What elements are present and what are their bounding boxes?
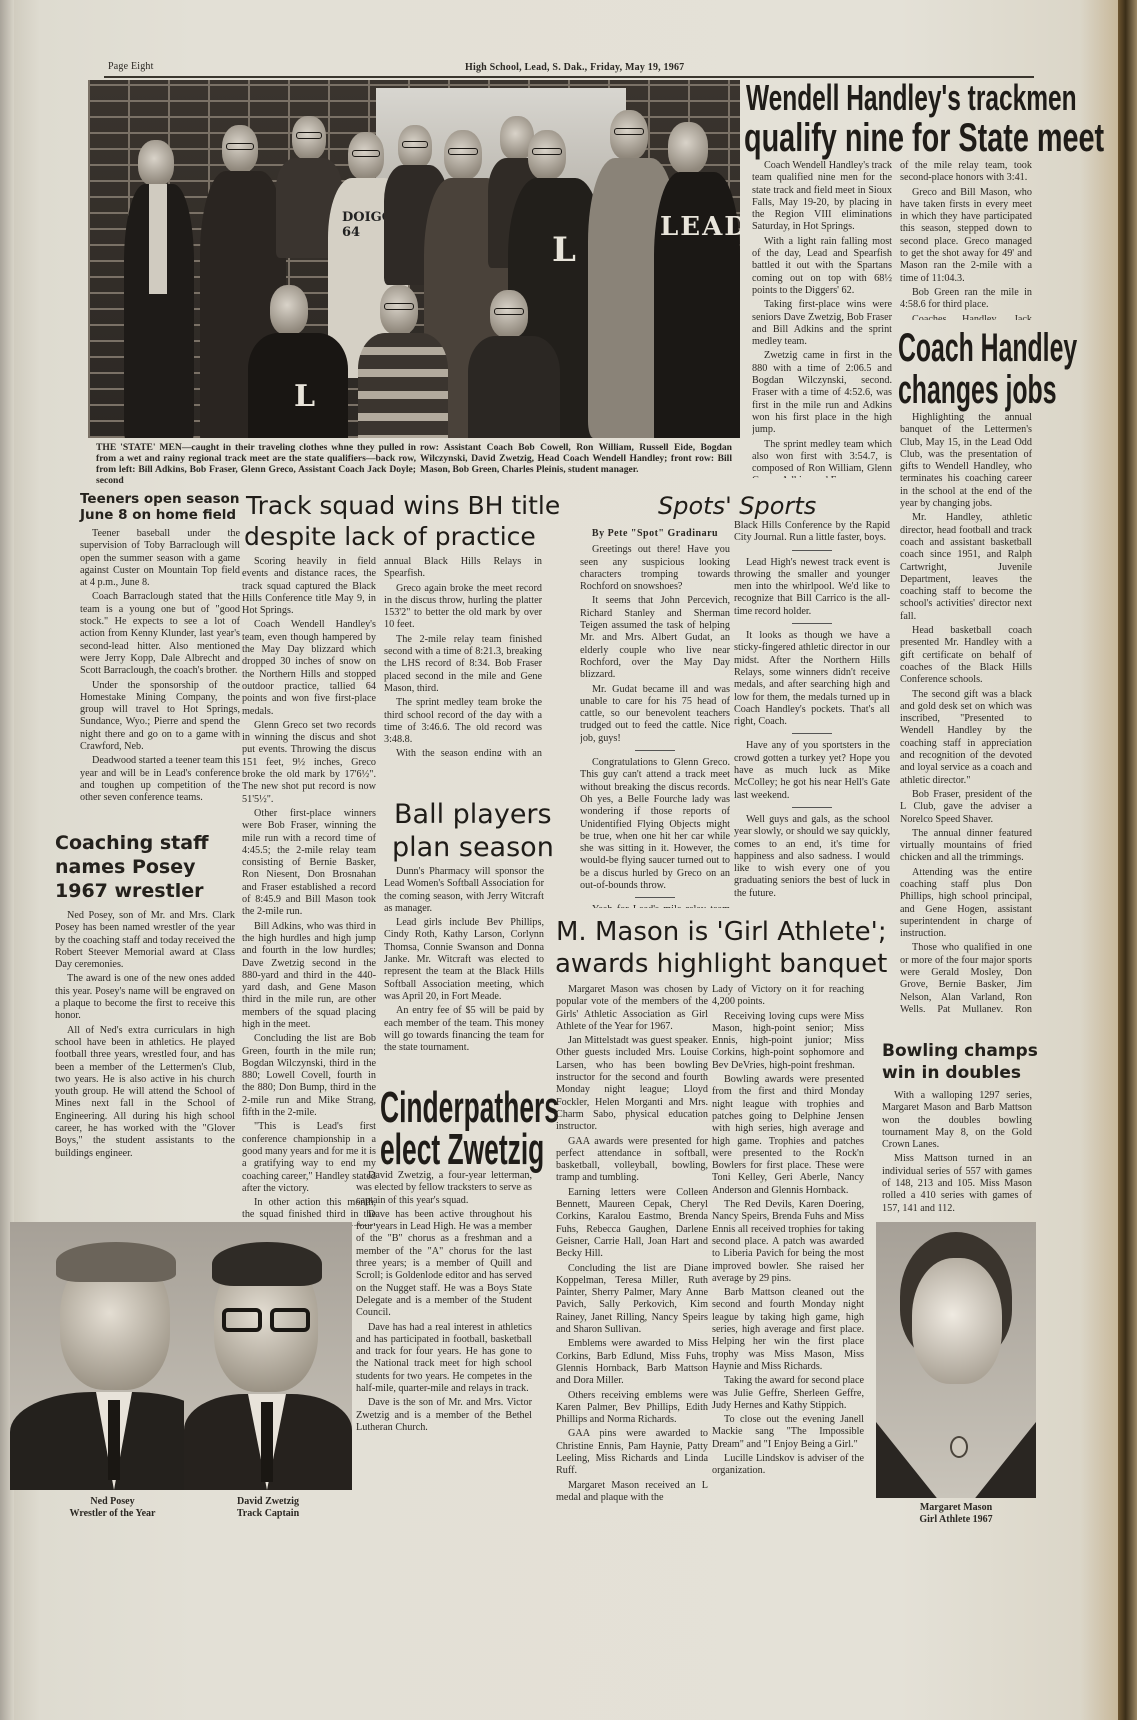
article-handley-col1: Coach Wendell Handley's track team quali… [752, 160, 892, 478]
portrait-david-zwetzig [184, 1222, 352, 1490]
headline-cinderpathers-line1: Cinderpathers [380, 1086, 572, 1130]
headline-track-line1: Track squad wins BH title [246, 492, 560, 519]
headline-handley-line1: Wendell Handley's trackmen [746, 80, 1072, 116]
article-track-col1: Scoring heavily in field events and dist… [242, 556, 376, 1226]
lead-jacket-text: LEAD [660, 212, 740, 242]
section-divider [792, 623, 832, 624]
article-handley-col2: of the mile relay team, took second-plac… [900, 160, 1032, 320]
article-spots-col1: By Pete "Spot" Gradinaru Greetings out t… [580, 528, 730, 908]
headline-bowling-line1: Bowling champs [882, 1042, 1038, 1061]
headline-posey-line3: 1967 wrestler [55, 881, 203, 902]
article-ball-players: Dunn's Pharmacy will sponsor the Lead Wo… [384, 866, 544, 1076]
article-bowling: With a walloping 1297 series, Margaret M… [882, 1090, 1032, 1220]
headline-mason-line2: awards highlight banquet [555, 950, 887, 978]
portrait-caption-mason: Margaret Mason Girl Athlete 1967 [876, 1502, 1036, 1526]
headline-track-line2: despite lack of practice [244, 523, 536, 550]
headline-cinderpathers-line2: elect Zwetzig [380, 1128, 572, 1172]
headline-bowling-line2: win in doubles [882, 1064, 1021, 1083]
headline-ball-line2: plan season [392, 833, 554, 862]
portrait-margaret-mason [876, 1222, 1036, 1498]
article-track-col2: annual Black Hills Relays in Spearfish. … [384, 556, 542, 756]
team-photo-caption-left: THE 'STATE' MEN—caught in their travelin… [96, 442, 416, 486]
section-divider [792, 550, 832, 551]
article-spots-col2: Black Hills Conference by the Rapid City… [734, 520, 890, 912]
headline-coach-handley-line1: Coach Handley [898, 328, 1084, 368]
dateline: High School, Lead, S. Dak., Friday, May … [465, 62, 684, 73]
headline-teeners-line1: Teeners open season [80, 492, 240, 507]
article-coach-handley: Highlighting the annual banquet of the L… [900, 412, 1032, 1012]
section-divider [635, 897, 675, 898]
letter-l: L [552, 230, 576, 270]
article-mason-col2: Lady of Victory on it for reaching 4,200… [712, 984, 864, 1554]
headline-coach-handley-line2: changes jobs [898, 370, 1084, 410]
section-divider [792, 733, 832, 734]
headline-handley-line2: qualify nine for State meet [744, 118, 1046, 158]
portrait-caption-zwetzig: David Zwetzig Track Captain [184, 1496, 352, 1520]
section-divider [635, 750, 675, 751]
headline-ball-line1: Ball players [394, 800, 552, 829]
headline-posey-line2: names Posey [55, 857, 196, 878]
article-cinderpathers: David Zwetzig, a four-year letterman, wa… [356, 1170, 532, 1520]
article-posey: Ned Posey, son of Mr. and Mrs. Clark Pos… [55, 910, 235, 1210]
team-photo: DOIGGE 64 L LEAD [88, 80, 740, 438]
headline-mason-line1: M. Mason is 'Girl Athlete'; [556, 918, 887, 946]
article-teeners: Teener baseball under the supervision of… [80, 528, 240, 828]
page-folio: Page Eight [108, 61, 154, 72]
article-mason-col1: Margaret Mason was chosen by popular vot… [556, 984, 708, 1554]
section-divider [792, 807, 832, 808]
newspaper-page: Page Eight High School, Lead, S. Dak., F… [0, 0, 1120, 1720]
letter-l: L [294, 379, 315, 414]
column-title-spots-sports: Spots' Sports [658, 492, 816, 520]
book-binding [1118, 0, 1137, 1720]
headline-teeners-line2: June 8 on home field [80, 508, 236, 523]
team-photo-caption-right: row: Assistant Coach Bob Cowell, Ron Wil… [420, 442, 732, 475]
byline: By Pete "Spot" Gradinaru [580, 528, 730, 540]
headline-posey-line1: Coaching staff [55, 833, 208, 854]
